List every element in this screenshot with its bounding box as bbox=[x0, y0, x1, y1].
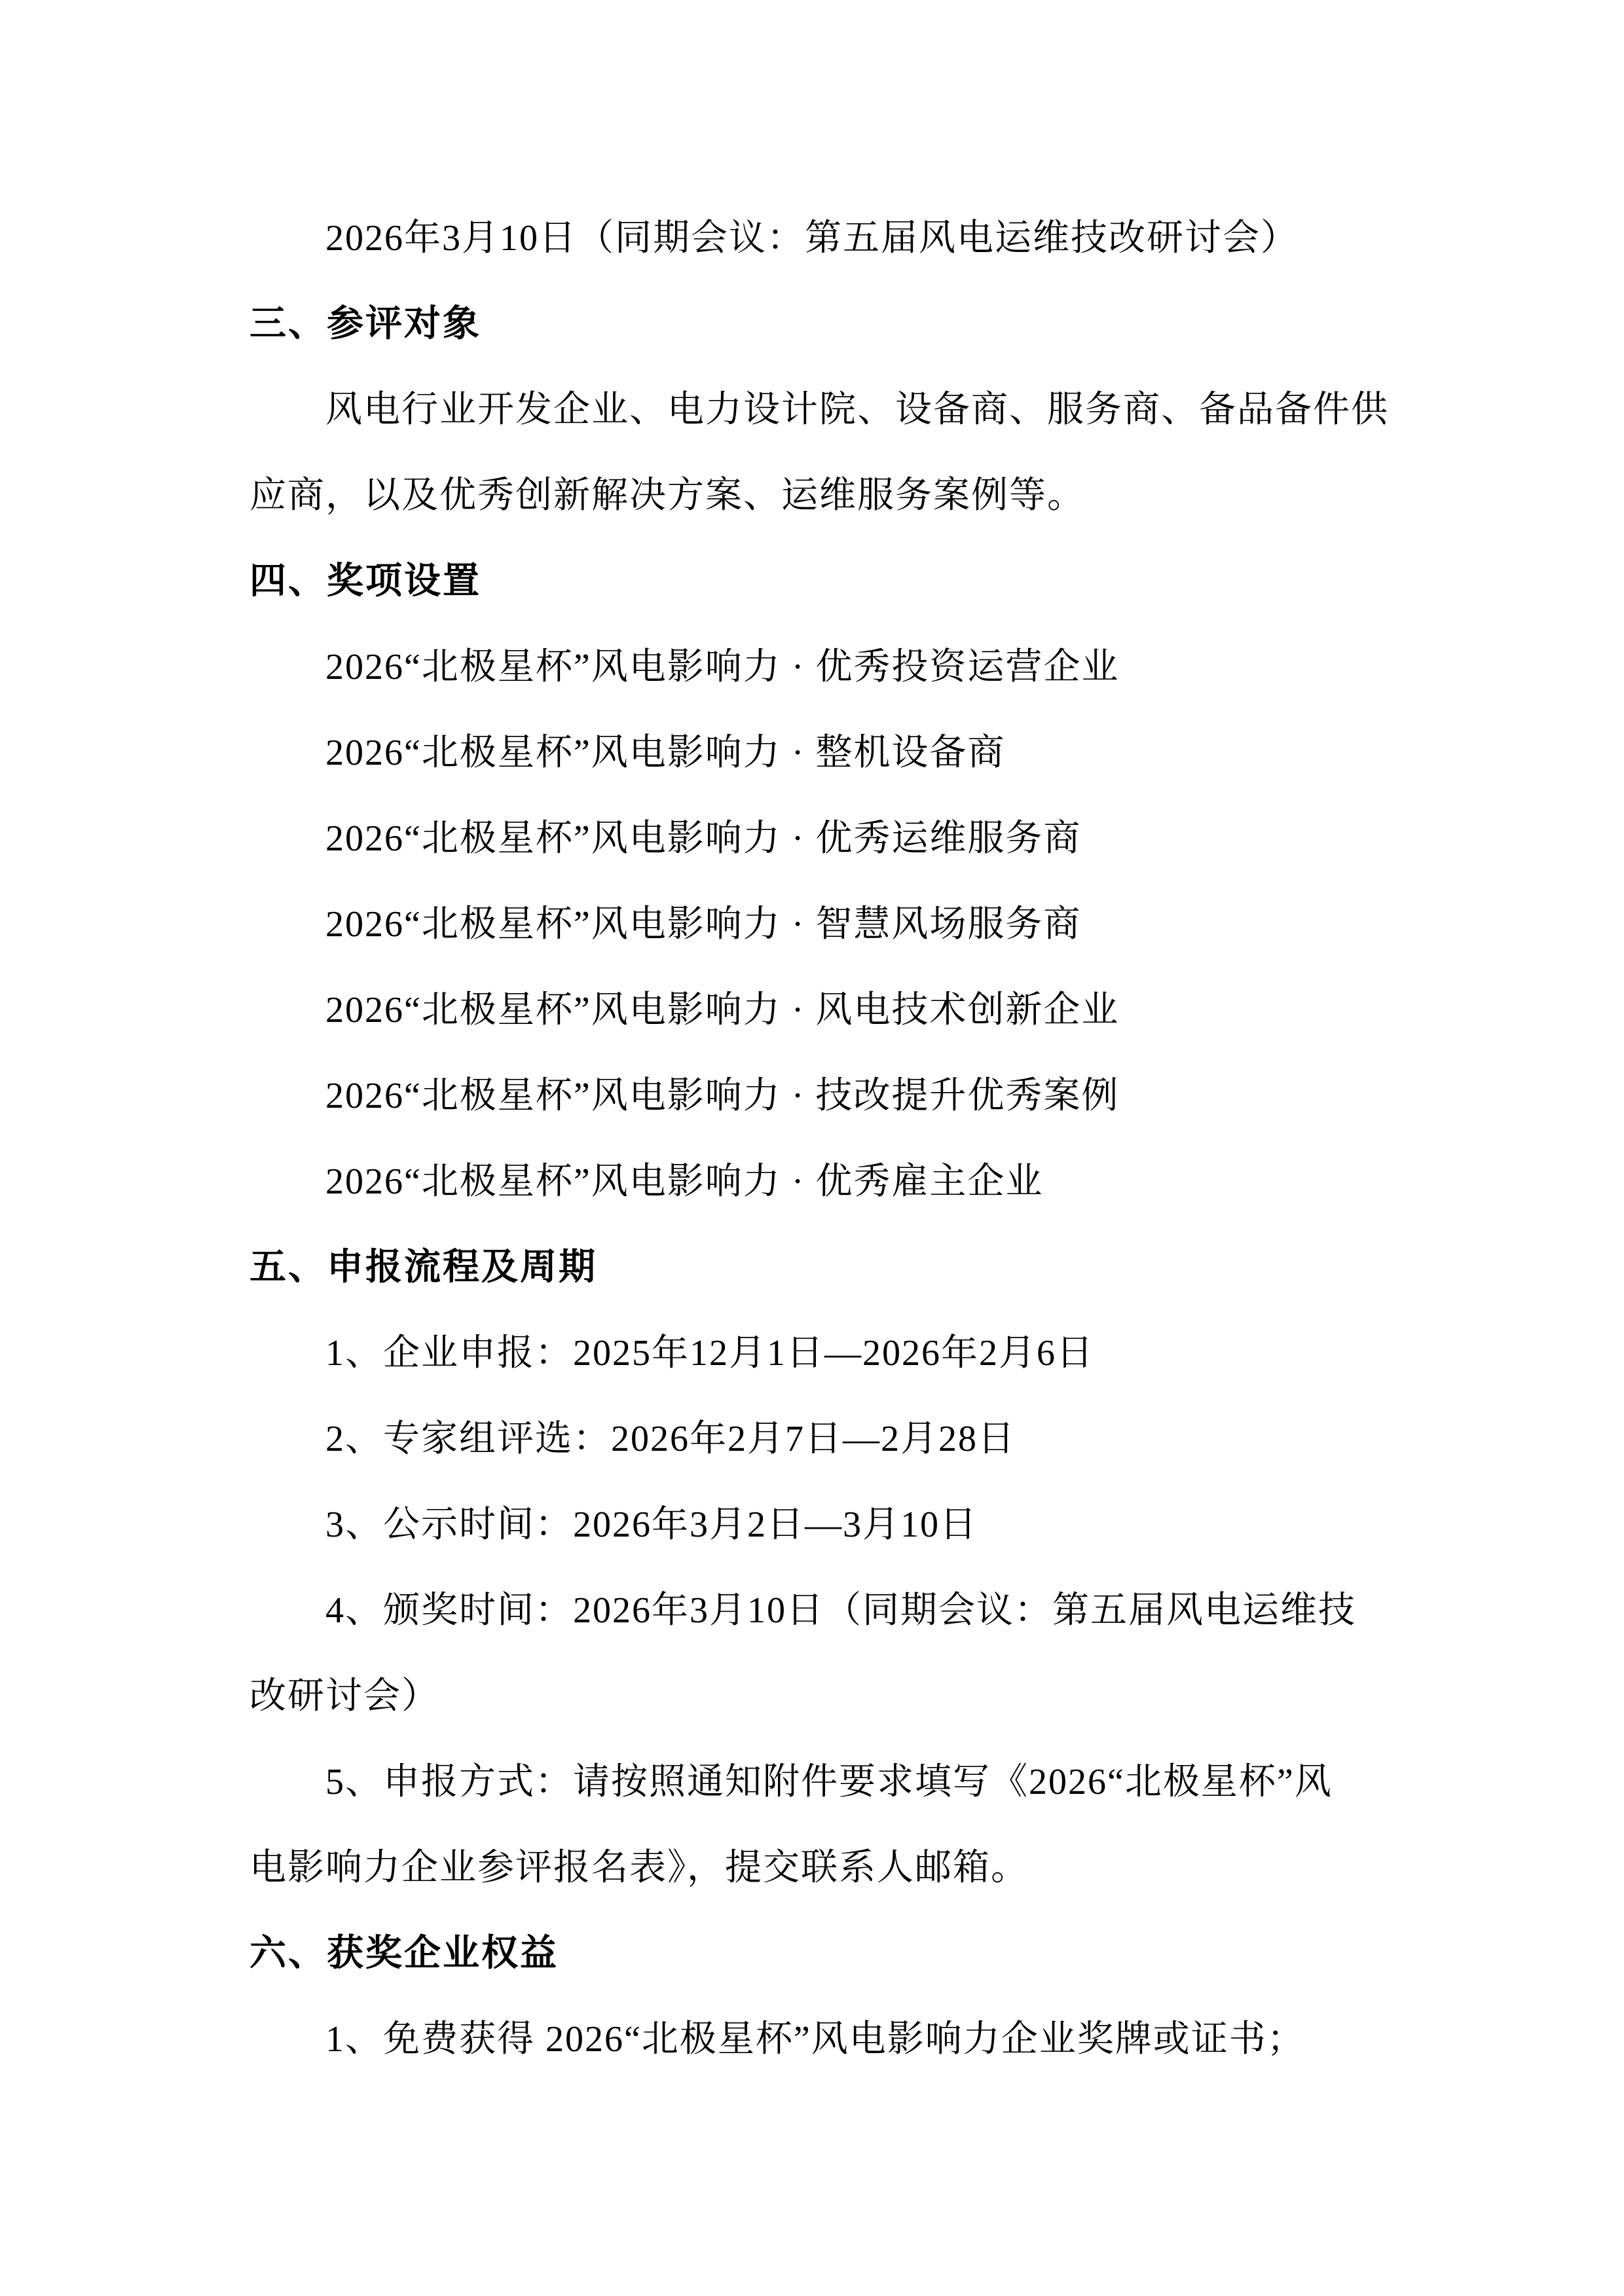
award-item: 2026“北极星杯”风电影响力 · 技改提升优秀案例 bbox=[325, 1072, 1119, 1120]
eligibility-paragraph-line-2: 应商，以及优秀创新解决方案、运维服务案例等。 bbox=[249, 472, 1085, 519]
award-item: 2026“北极星杯”风电影响力 · 优秀雇主企业 bbox=[325, 1158, 1043, 1205]
award-item: 2026“北极星杯”风电影响力 · 优秀运维服务商 bbox=[325, 815, 1081, 862]
opening-line: 2026年3月10日（同期会议：第五届风电运维技改研讨会） bbox=[325, 215, 1299, 262]
process-step-continuation: 改研讨会） bbox=[249, 1673, 439, 1720]
award-item: 2026“北极星杯”风电影响力 · 优秀投资运营企业 bbox=[325, 644, 1119, 691]
section-heading-benefits: 六、获奖企业权益 bbox=[249, 1930, 559, 1977]
benefit-item: 1、免费获得 2026“北极星杯”风电影响力企业奖牌或证书； bbox=[325, 2016, 1305, 2063]
process-step: 1、企业申报：2025年12月1日—2026年2月6日 bbox=[325, 1330, 1094, 1377]
award-item: 2026“北极星杯”风电影响力 · 风电技术创新企业 bbox=[325, 987, 1119, 1034]
eligibility-paragraph-line-1: 风电行业开发企业、电力设计院、设备商、服务商、备品备件供 bbox=[325, 386, 1389, 433]
section-heading-eligibility: 三、参评对象 bbox=[249, 301, 481, 348]
award-item: 2026“北极星杯”风电影响力 · 智慧风场服务商 bbox=[325, 901, 1081, 948]
section-heading-process: 五、申报流程及周期 bbox=[249, 1244, 597, 1291]
document-page: 2026年3月10日（同期会议：第五届风电运维技改研讨会） 三、参评对象 风电行… bbox=[0, 0, 1624, 2296]
process-step: 4、颁奖时间：2026年3月10日（同期会议：第五届风电运维技 bbox=[325, 1587, 1356, 1634]
process-step: 2、专家组评选：2026年2月7日—2月28日 bbox=[325, 1415, 1016, 1463]
award-item: 2026“北极星杯”风电影响力 · 整机设备商 bbox=[325, 729, 1005, 776]
process-step: 3、公示时间：2026年3月2日—3月10日 bbox=[325, 1501, 978, 1548]
process-step-continuation: 电影响力企业参评报名表》，提交联系人邮箱。 bbox=[249, 1844, 1029, 1891]
process-step: 5、申报方式：请按照通知附件要求填写《2026“北极星杯”风 bbox=[325, 1758, 1333, 1806]
section-heading-awards: 四、奖项设置 bbox=[249, 558, 481, 605]
